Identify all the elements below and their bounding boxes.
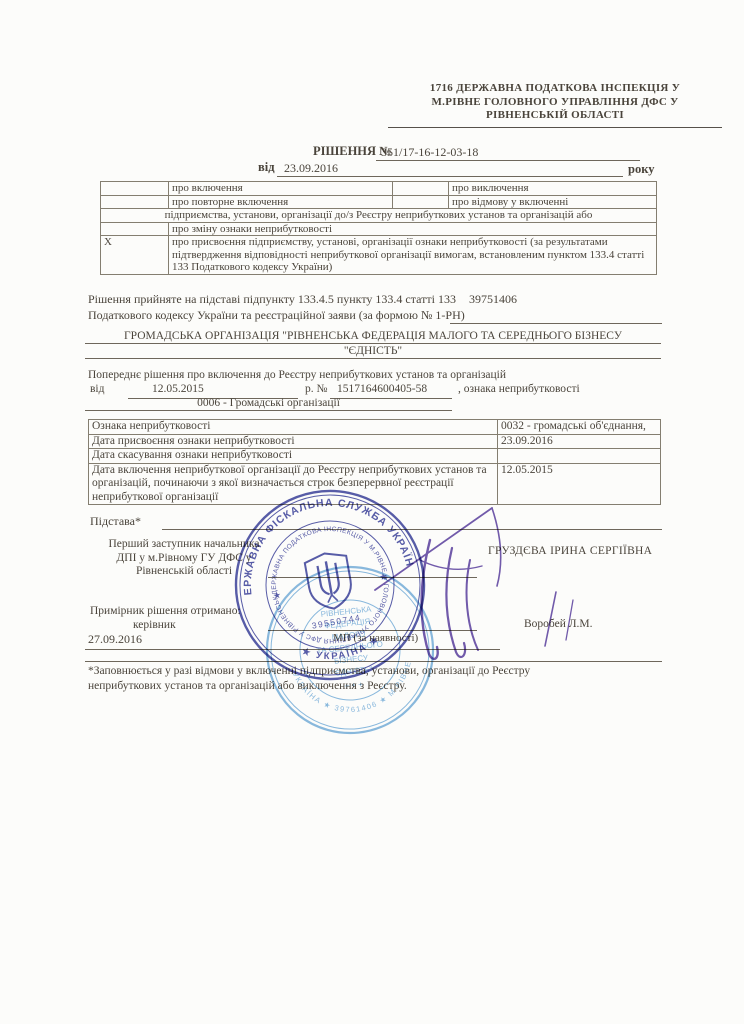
position-line-2: ДПІ у м.Рівному ГУ ДФС у: [95, 552, 273, 566]
org-stamp-line: РІВНЕНСЬКА: [320, 605, 372, 619]
receipt-date-underline: [85, 648, 500, 650]
organization-name-line1: ГРОМАДСЬКА ОРГАНІЗАЦІЯ "РІВНЕНСЬКА ФЕДЕР…: [85, 330, 661, 344]
table-row: підприємства, установи, організації до/з…: [101, 209, 657, 223]
nonprofit-code: 0006 - Громадські організації: [85, 397, 452, 411]
attribute-value: [498, 449, 661, 464]
footnote-divider: [85, 660, 662, 662]
attribute-label: Ознака неприбутковості: [89, 420, 498, 435]
table-row: про зміну ознаки неприбутковості: [101, 222, 657, 236]
reg-number: 1517164600405-58: [337, 383, 427, 395]
table-row: X про присвоєння підприємству, установі,…: [101, 236, 657, 275]
option-label: про виключення: [449, 182, 657, 196]
prev-decision-date: 12.05.2015: [152, 383, 204, 395]
basis-paragraph-line2: Податкового кодексу України та реєстраці…: [88, 308, 465, 323]
signature-line-1: [268, 576, 477, 578]
authority-line-2: М.РІВНЕ ГОЛОВНОГО УПРАВЛІННЯ ДФС У: [388, 96, 722, 110]
table-row: Дата включення неприбуткової організації…: [89, 463, 661, 505]
table-row: Ознака неприбутковості 0032 - громадські…: [89, 420, 661, 435]
attribute-value: 12.05.2015: [498, 463, 661, 505]
option-label: про присвоєння підприємству, установі, о…: [169, 236, 657, 275]
checkbox-cell: [101, 195, 169, 209]
decision-number-underline: [376, 159, 640, 161]
organization-stamp: УКРАЇНА ★ 39761406 ★ М.РІВНЕ РІВНЕНСЬКА …: [262, 562, 438, 738]
attribute-label: Дата скасування ознаки неприбутковості: [89, 449, 498, 464]
option-label: про зміну ознаки неприбутковості: [169, 222, 657, 236]
table-row: про включення про виключення: [101, 182, 657, 196]
decision-type-table: про включення про виключення про повторн…: [100, 181, 657, 275]
issuing-authority-header: 1716 ДЕРЖАВНА ПОДАТКОВА ІНСПЕКЦІЯ У М.РІ…: [388, 82, 722, 128]
trident-icon: [304, 550, 355, 612]
basis-underline: [450, 322, 662, 324]
attribute-value: 0032 - громадські об'єднання,: [498, 420, 661, 435]
attribute-value: 23.09.2016: [498, 434, 661, 449]
organization-name-line2: "ЄДНІСТЬ": [85, 345, 661, 359]
position-line-3: Рівненській області: [95, 565, 273, 579]
spanning-text: підприємства, установи, організації до/з…: [101, 209, 657, 223]
grounds-underline: [162, 528, 662, 530]
table-row: про повторне включення про відмову у вкл…: [101, 195, 657, 209]
scanned-document-page: 1716 ДЕРЖАВНА ПОДАТКОВА ІНСПЕКЦІЯ У М.РІ…: [0, 0, 744, 1024]
position-line-1: Перший заступник начальника: [95, 538, 273, 552]
decision-date-underline: [277, 175, 623, 177]
signatory-position: Перший заступник начальника ДПІ у м.Рівн…: [95, 538, 273, 579]
signatory-name: ГРУЗДЄВА ІРИНА СЕРГІЇВНА: [488, 545, 652, 557]
checkbox-cell: [393, 182, 449, 196]
fiscal-service-stamp: ДЕРЖАВНА ФІСКАЛЬНА СЛУЖБА УКРАЇНИ ★ УКРА…: [230, 485, 430, 685]
fiscal-stamp-code: 39550744: [311, 612, 362, 631]
year-label: року: [628, 162, 654, 177]
authority-line-1: 1716 ДЕРЖАВНА ПОДАТКОВА ІНСПЕКЦІЯ У: [388, 82, 722, 96]
checkbox-cell: [101, 222, 169, 236]
footnote-line-2: неприбуткових установ та організацій або…: [88, 680, 407, 692]
decision-date: 23.09.2016: [284, 161, 338, 176]
decision-number: 351/17-16-12-03-18: [381, 145, 478, 160]
reg-number-label: р. №: [305, 383, 327, 395]
prev-from-label: від: [90, 383, 104, 395]
basis-paragraph-line1: Рішення прийняте на підставі підпункту 1…: [88, 292, 517, 307]
nonprofit-attributes-table: Ознака неприбутковості 0032 - громадські…: [88, 419, 661, 505]
edrpou-code: 39751406: [469, 292, 517, 306]
receipt-label: Примірник рішення отримано:: [90, 605, 241, 617]
receipt-role: керівник: [133, 619, 176, 631]
stamp-star-left: ★: [272, 590, 282, 601]
option-label: про повторне включення: [169, 195, 393, 209]
option-label: про відмову у включенні: [449, 195, 657, 209]
authority-line-3: РІВНЕНСЬКІЙ ОБЛАСТІ: [388, 109, 722, 123]
attribute-label: Дата присвоєння ознаки неприбутковості: [89, 434, 498, 449]
table-row: Дата присвоєння ознаки неприбутковості 2…: [89, 434, 661, 449]
footnote-line-1: *Заповнюється у разі відмови у включенні…: [88, 665, 530, 677]
signature-line-2: [268, 629, 477, 631]
grounds-field-label: Підстава*: [90, 514, 141, 529]
checkbox-cell: [101, 182, 169, 196]
mp-label: МП (за наявності): [333, 632, 418, 644]
date-from-label: від: [258, 160, 275, 175]
checkbox-cell: [393, 195, 449, 209]
receipt-date: 27.09.2016: [88, 632, 142, 647]
nonprofit-attr-suffix: , ознака неприбутковості: [458, 383, 580, 395]
receipt-name: Воробей Л.М.: [524, 618, 593, 630]
attribute-label: Дата включення неприбуткової організації…: [89, 463, 498, 505]
table-row: Дата скасування ознаки неприбутковості: [89, 449, 661, 464]
decision-title-label: РІШЕННЯ №: [313, 144, 392, 159]
previous-decision-intro: Попереднє рішення про включення до Реєст…: [88, 369, 506, 381]
option-label: про включення: [169, 182, 393, 196]
checkbox-x-mark: X: [101, 236, 169, 275]
